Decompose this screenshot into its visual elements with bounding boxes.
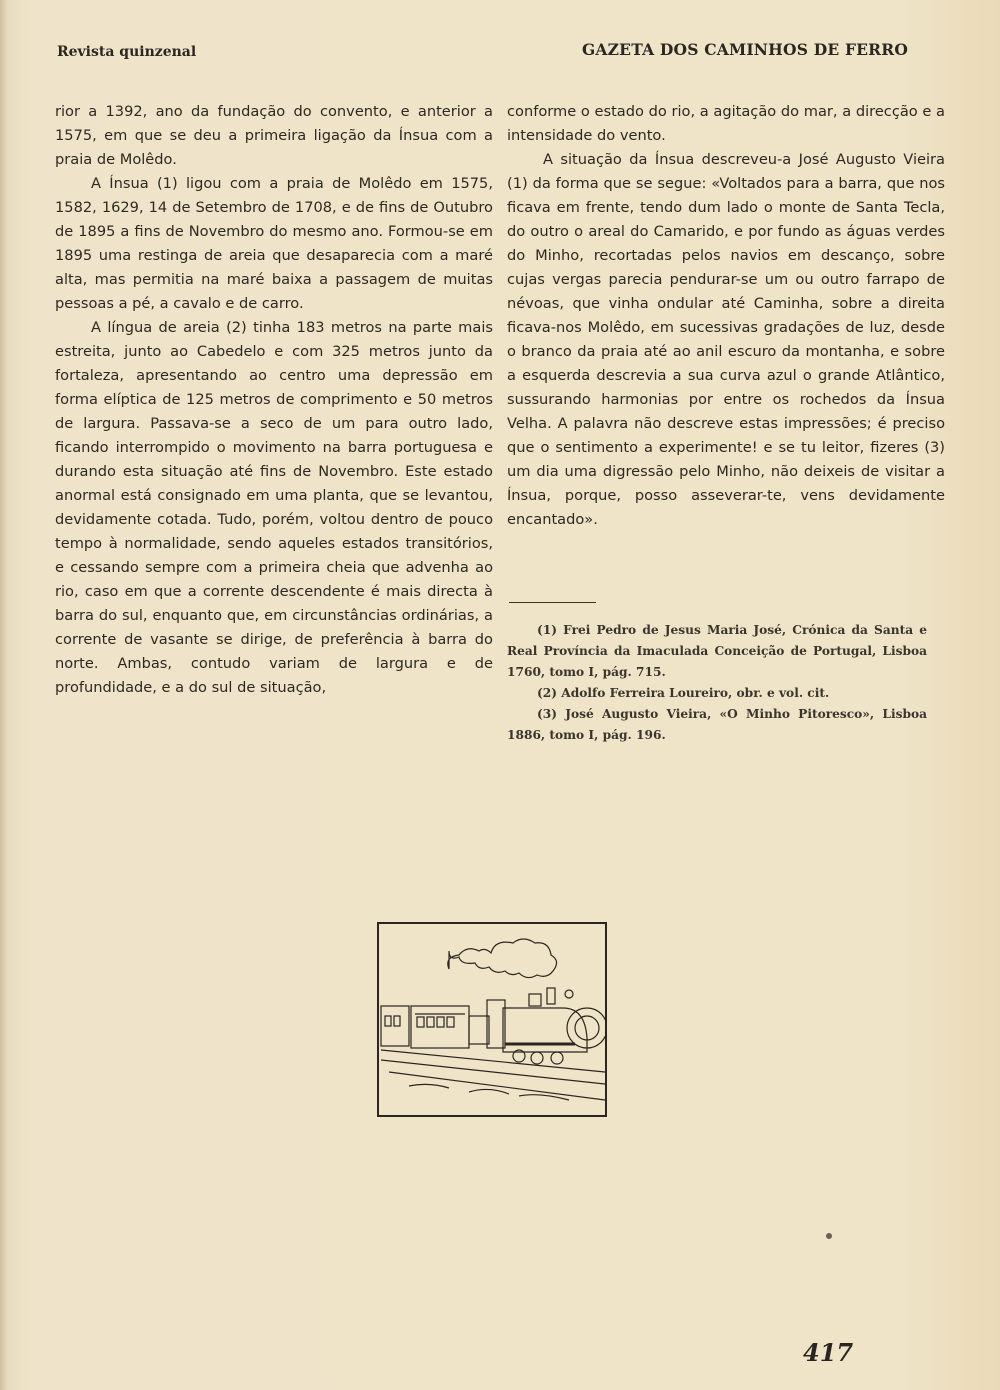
- footnote-ref[interactable]: (3): [924, 439, 945, 456]
- paragraph: A Ínsua (1) ligou com a praia de Molêdo …: [55, 172, 493, 316]
- running-header-title: GAZETA DOS CAMINHOS DE FERRO: [582, 40, 908, 59]
- footnote-ref[interactable]: (1): [157, 175, 178, 192]
- right-column: conforme o estado do rio, a agitação do …: [507, 100, 945, 532]
- footnote: (3) José Augusto Vieira, «O Minho Pitore…: [507, 704, 927, 746]
- ink-spot: [826, 1233, 832, 1239]
- footnote-ref[interactable]: (2): [226, 319, 247, 336]
- left-column: rior a 1392, ano da fundação do convento…: [55, 100, 493, 700]
- paragraph: A língua de areia (2) tinha 183 metros n…: [55, 316, 493, 700]
- footnotes: (1) Frei Pedro de Jesus Maria José, Crón…: [507, 620, 927, 746]
- page-number: 417: [803, 1338, 853, 1367]
- paragraph: conforme o estado do rio, a agitação do …: [507, 100, 945, 148]
- footnote: (1) Frei Pedro de Jesus Maria José, Crón…: [507, 620, 927, 683]
- paragraph: A situação da Ínsua descreveu-a José Aug…: [507, 148, 945, 532]
- footnote-divider: [509, 602, 596, 603]
- footnote-ref[interactable]: (1): [507, 175, 528, 192]
- footnote: (2) Adolfo Ferreira Loureiro, obr. e vol…: [507, 683, 927, 704]
- paragraph: rior a 1392, ano da fundação do convento…: [55, 100, 493, 172]
- running-header-left: Revista quinzenal: [57, 44, 196, 60]
- steam-locomotive-icon: [377, 922, 607, 1117]
